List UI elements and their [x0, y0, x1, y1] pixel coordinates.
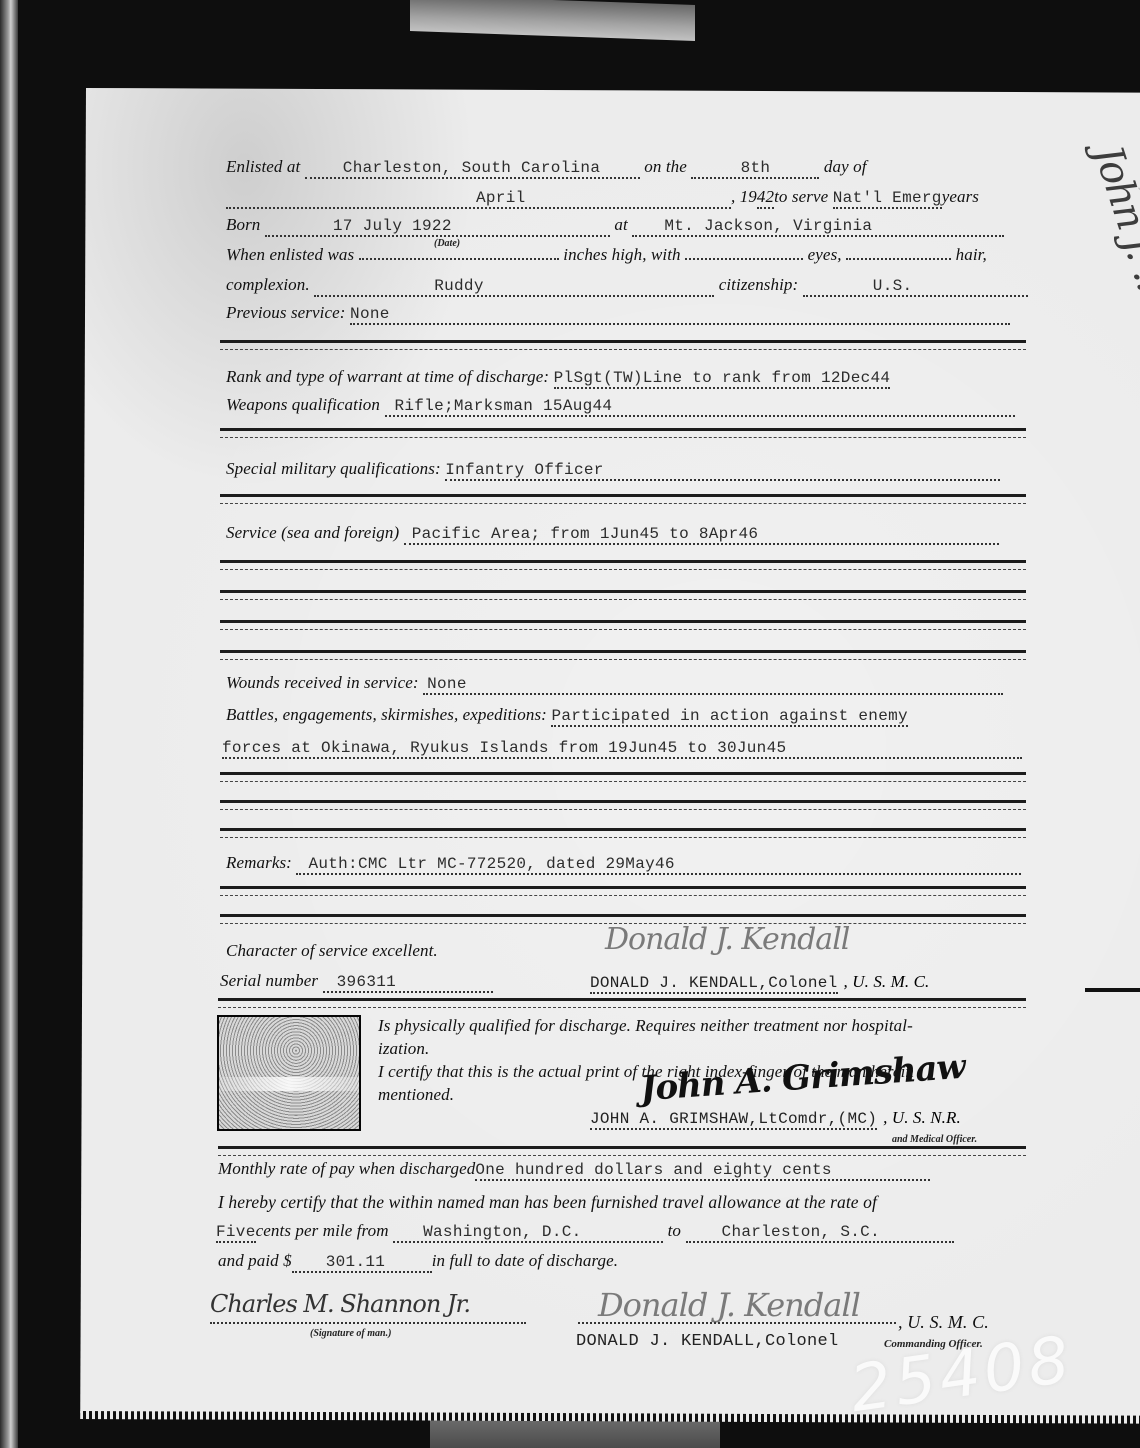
rank-row: Rank and type of warrant at time of disc…	[226, 366, 1026, 394]
blank-line	[220, 828, 1026, 838]
special-qualifications-field: Infantry Officer	[445, 458, 1000, 481]
blank-line	[220, 800, 1026, 810]
section-divider	[218, 1146, 1026, 1156]
medical-line-2: ization.	[378, 1039, 429, 1059]
serial-number-field: 396311	[323, 970, 493, 993]
enlisted-at-label: Enlisted at	[226, 157, 300, 176]
medical-officer-title: and Medical Officer.	[892, 1134, 977, 1145]
co-typed-name: DONALD J. KENDALL,Colonel	[576, 1332, 839, 1351]
battles-field-line2: forces at Okinawa, Ryukus Islands from 1…	[222, 736, 1022, 759]
medical-line-1: Is physically qualified for discharge. R…	[378, 1016, 913, 1036]
month-row: April, 1942to serve Nat'l Emergyears	[226, 186, 1026, 214]
service-row: Service (sea and foreign) Pacific Area; …	[226, 522, 1026, 550]
wounds-row: Wounds received in service: None	[226, 672, 1026, 700]
officer-typed-block: DONALD J. KENDALL,Colonel, U. S. M. C.	[590, 972, 929, 994]
weapons-field: Rifle;Marksman 15Aug44	[385, 394, 1015, 417]
blank-line	[220, 428, 1026, 438]
man-signature-line	[210, 1322, 526, 1324]
paid-row: and paid $301.11in full to date of disch…	[218, 1250, 1018, 1278]
special-qualifications-row: Special military qualifications: Infantr…	[226, 458, 1026, 486]
co-signature: Donald J. Kendall	[598, 1286, 860, 1324]
battles-row: Battles, engagements, skirmishes, expedi…	[226, 704, 1026, 732]
enlisted-row: Enlisted at Charleston, South Carolina o…	[226, 156, 1026, 184]
officer-signature: Donald J. Kendall	[605, 922, 849, 957]
complexion-field: Ruddy	[314, 274, 714, 297]
co-branch: , U. S. M. C.	[898, 1312, 989, 1333]
on-the-label: on the	[644, 157, 687, 176]
medical-officer-branch: , U. S. N.R.	[877, 1108, 961, 1127]
travel-certify-row: I hereby certify that the within named m…	[218, 1192, 1018, 1220]
edge-mark	[1085, 988, 1140, 992]
monthly-pay-row: Monthly rate of pay when dischargedOne h…	[218, 1158, 1018, 1186]
wounds-field: None	[423, 672, 1003, 695]
co-signature-line	[578, 1322, 896, 1324]
born-label: Born	[226, 215, 260, 234]
service-field: Pacific Area; from 1Jun45 to 8Apr46	[404, 522, 999, 545]
height-field	[359, 258, 559, 260]
medical-line-4: mentioned.	[378, 1085, 454, 1105]
section-divider	[218, 998, 1026, 1008]
officer-typed-name: DONALD J. KENDALL,Colonel	[590, 974, 838, 994]
paper-scrap	[410, 0, 695, 41]
paid-amount-field: 301.11	[292, 1250, 432, 1273]
citizenship-field: U.S.	[803, 274, 1028, 297]
travel-rate-row: Fivecents per mile from Washington, D.C.…	[216, 1220, 1016, 1248]
rank-field: PlSgt(TW)Line to rank from 12Dec44	[554, 369, 891, 389]
term-field: Nat'l Emerg	[833, 189, 942, 209]
character-of-service: Character of service excellent.	[226, 941, 438, 960]
complexion-row: complexion. Ruddy citizenship: U.S.	[226, 274, 1026, 302]
to-field: Charleston, S.C.	[686, 1220, 954, 1243]
remarks-row: Remarks: Auth:CMC Ltr MC-772520, dated 2…	[226, 852, 1026, 880]
blank-line	[220, 886, 1026, 896]
eyes-field	[685, 258, 803, 260]
man-signature-caption: (Signature of man.)	[310, 1328, 391, 1339]
remarks-field: Auth:CMC Ltr MC-772520, dated 29May46	[296, 852, 1021, 875]
blank-line	[220, 772, 1026, 782]
man-signature: Charles M. Shannon Jr.	[210, 1290, 470, 1318]
officer-branch: , U. S. M. C.	[838, 972, 930, 991]
birth-date-field: 17 July 1922	[265, 214, 610, 237]
fingerprint-image	[217, 1015, 361, 1131]
from-field: Washington, D.C.	[393, 1220, 663, 1243]
blank-line	[220, 340, 1026, 350]
battles-field-line1: Participated in action against enemy	[551, 707, 907, 727]
blank-line	[220, 494, 1026, 504]
weapons-row: Weapons qualification Rifle;Marksman 15A…	[226, 394, 1026, 422]
monthly-pay-field: One hundred dollars and eighty cents	[475, 1158, 930, 1181]
enlisted-at-field: Charleston, South Carolina	[305, 156, 640, 179]
battles-row-2: forces at Okinawa, Ryukus Islands from 1…	[222, 736, 1022, 764]
physical-row: When enlisted was inches high, with eyes…	[226, 244, 1026, 272]
birth-place-field: Mt. Jackson, Virginia	[632, 214, 1004, 237]
blank-line	[220, 650, 1026, 660]
medical-typed-block: JOHN A. GRIMSHAW,LtComdr,(MC), U. S. N.R…	[590, 1108, 961, 1130]
previous-service-field: None	[350, 302, 1010, 325]
day-field: 8th	[691, 156, 819, 179]
blank-line	[220, 560, 1026, 570]
born-row: Born 17 July 1922 at Mt. Jackson, Virgin…	[226, 214, 1026, 242]
month-field: April	[226, 186, 731, 209]
previous-service-row: Previous service: None	[226, 302, 1026, 330]
medical-officer-typed-name: JOHN A. GRIMSHAW,LtComdr,(MC)	[590, 1110, 877, 1130]
year-field: 42	[757, 187, 774, 209]
blank-line	[220, 620, 1026, 630]
day-of-label: day of	[824, 157, 867, 176]
margin-stamp: Post Adjutant USMC	[1090, 150, 1140, 450]
hair-field	[846, 258, 951, 260]
film-edge	[0, 0, 18, 1448]
rate-field: Five	[216, 1220, 256, 1243]
blank-line	[220, 590, 1026, 600]
